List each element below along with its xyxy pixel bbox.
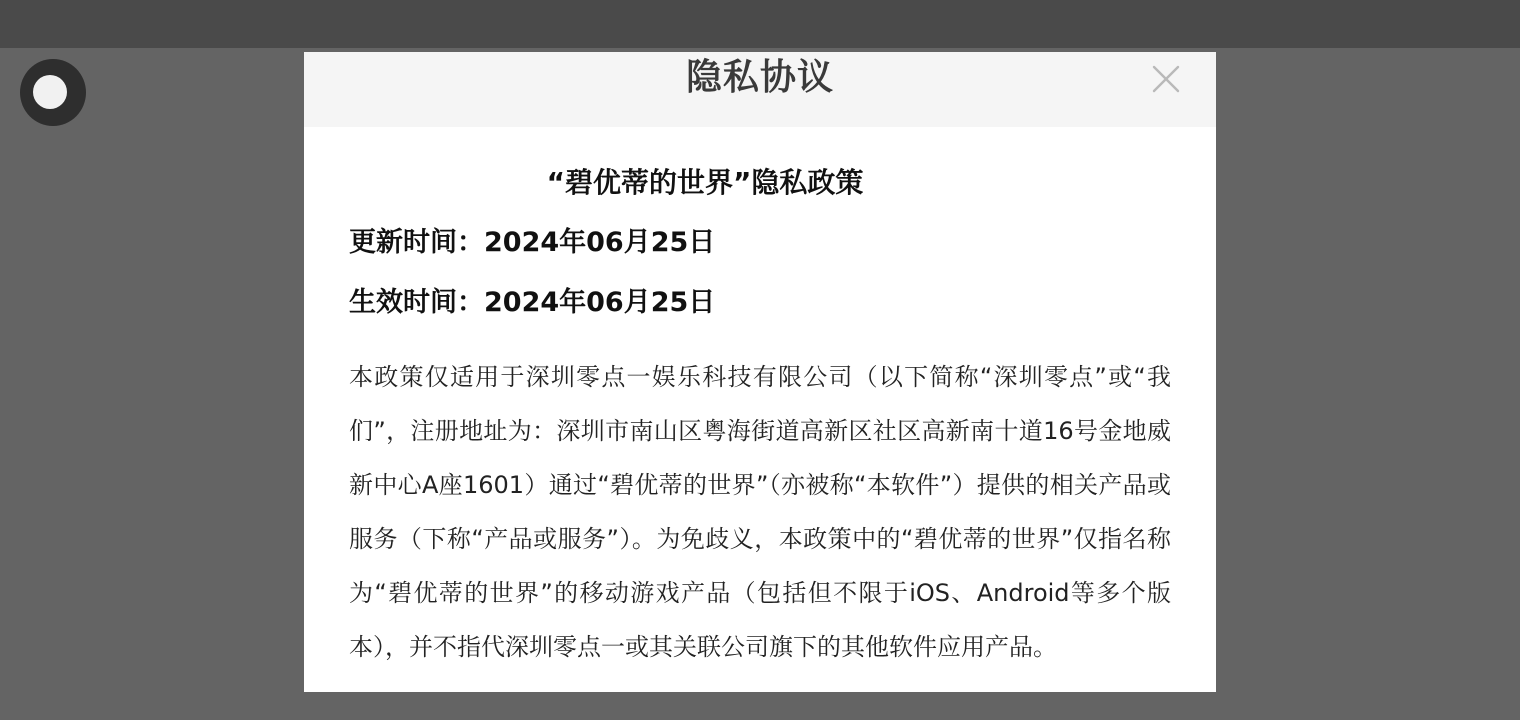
record-dot-icon xyxy=(33,75,67,109)
close-button[interactable] xyxy=(1148,61,1184,97)
status-bar-area xyxy=(0,0,1520,48)
policy-body-text: 本政策仅适用于深圳零点一娱乐科技有限公司（以下简称“深圳零点”或“我们”，注册地… xyxy=(349,350,1171,674)
policy-scroll-area[interactable]: “碧优蒂的世界”隐私政策 更新时间：2024年06月25日 生效时间：2024年… xyxy=(304,127,1216,692)
updated-label: 更新时间： xyxy=(349,227,484,258)
updated-value: 2024年06月25日 xyxy=(484,227,715,258)
policy-updated-date: 更新时间：2024年06月25日 xyxy=(349,223,1171,263)
effective-label: 生效时间： xyxy=(349,287,484,318)
dialog-title: 隐私协议 xyxy=(304,58,1216,98)
policy-heading: “碧优蒂的世界”隐私政策 xyxy=(304,165,1116,201)
policy-effective-date: 生效时间：2024年06月25日 xyxy=(349,283,1171,323)
effective-value: 2024年06月25日 xyxy=(484,287,715,318)
privacy-dialog: 隐私协议 “碧优蒂的世界”隐私政策 更新时间：2024年06月25日 生效时间：… xyxy=(304,52,1216,692)
floating-overlay-button[interactable] xyxy=(20,59,86,126)
close-x-icon xyxy=(1151,64,1181,94)
dialog-header: 隐私协议 xyxy=(304,52,1216,127)
